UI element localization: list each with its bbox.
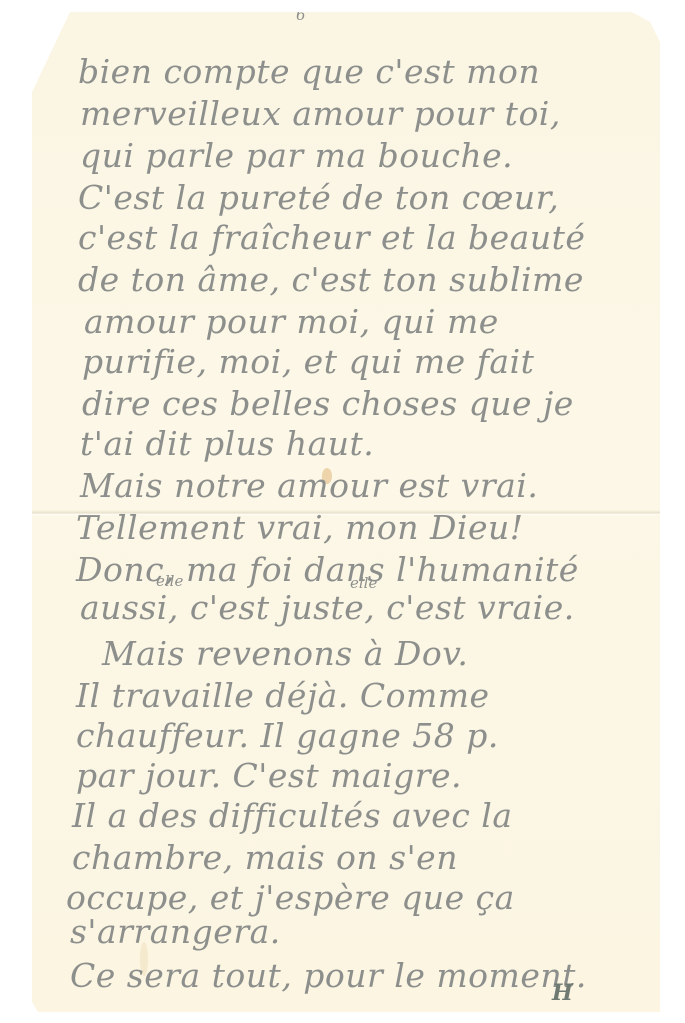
handwritten-line: bien compte que c'est mon	[78, 52, 540, 91]
handwritten-line: amour pour moi, qui me	[84, 302, 499, 341]
handwritten-line: Mais revenons à Dov.	[102, 634, 468, 673]
handwritten-line: Tellement vrai, mon Dieu!	[76, 508, 524, 547]
handwritten-line: par jour. C'est maigre.	[76, 756, 462, 795]
handwritten-line: t'ai dit plus haut.	[80, 424, 374, 463]
handwritten-line: de ton âme, c'est ton sublime	[78, 260, 584, 299]
handwritten-line: Ce sera tout, pour le moment.	[70, 956, 587, 995]
signature-mark: H	[552, 980, 573, 1006]
handwritten-line: chauffeur. Il gagne 58 p.	[76, 716, 499, 755]
handwritten-line: Donc, ma foi dans l'humanité	[76, 550, 579, 589]
handwritten-line: qui parle par ma bouche.	[80, 136, 513, 175]
handwritten-line: Mais notre amour est vrai.	[80, 466, 538, 505]
handwritten-line: purifie, moi, et qui me fait	[82, 342, 534, 381]
handwritten-line: aussi, c'est juste, c'est vraie.	[80, 588, 575, 627]
letter-page: 6 bien compte que c'est mon merveilleux …	[32, 12, 660, 1012]
handwritten-line: C'est la pureté de ton cœur,	[78, 178, 559, 217]
handwritten-line: dire ces belles choses que je	[82, 384, 574, 423]
handwritten-line: s'arrangera.	[70, 912, 281, 951]
handwritten-line: c'est la fraîcheur et la beauté	[78, 218, 585, 257]
handwritten-line: chambre, mais on s'en	[72, 838, 458, 877]
page-number-marker: 6	[296, 6, 306, 24]
handwritten-line: Il travaille déjà. Comme	[76, 676, 490, 715]
handwritten-line: Il a des difficultés avec la	[72, 796, 513, 835]
handwritten-line: merveilleux amour pour toi,	[80, 94, 561, 133]
